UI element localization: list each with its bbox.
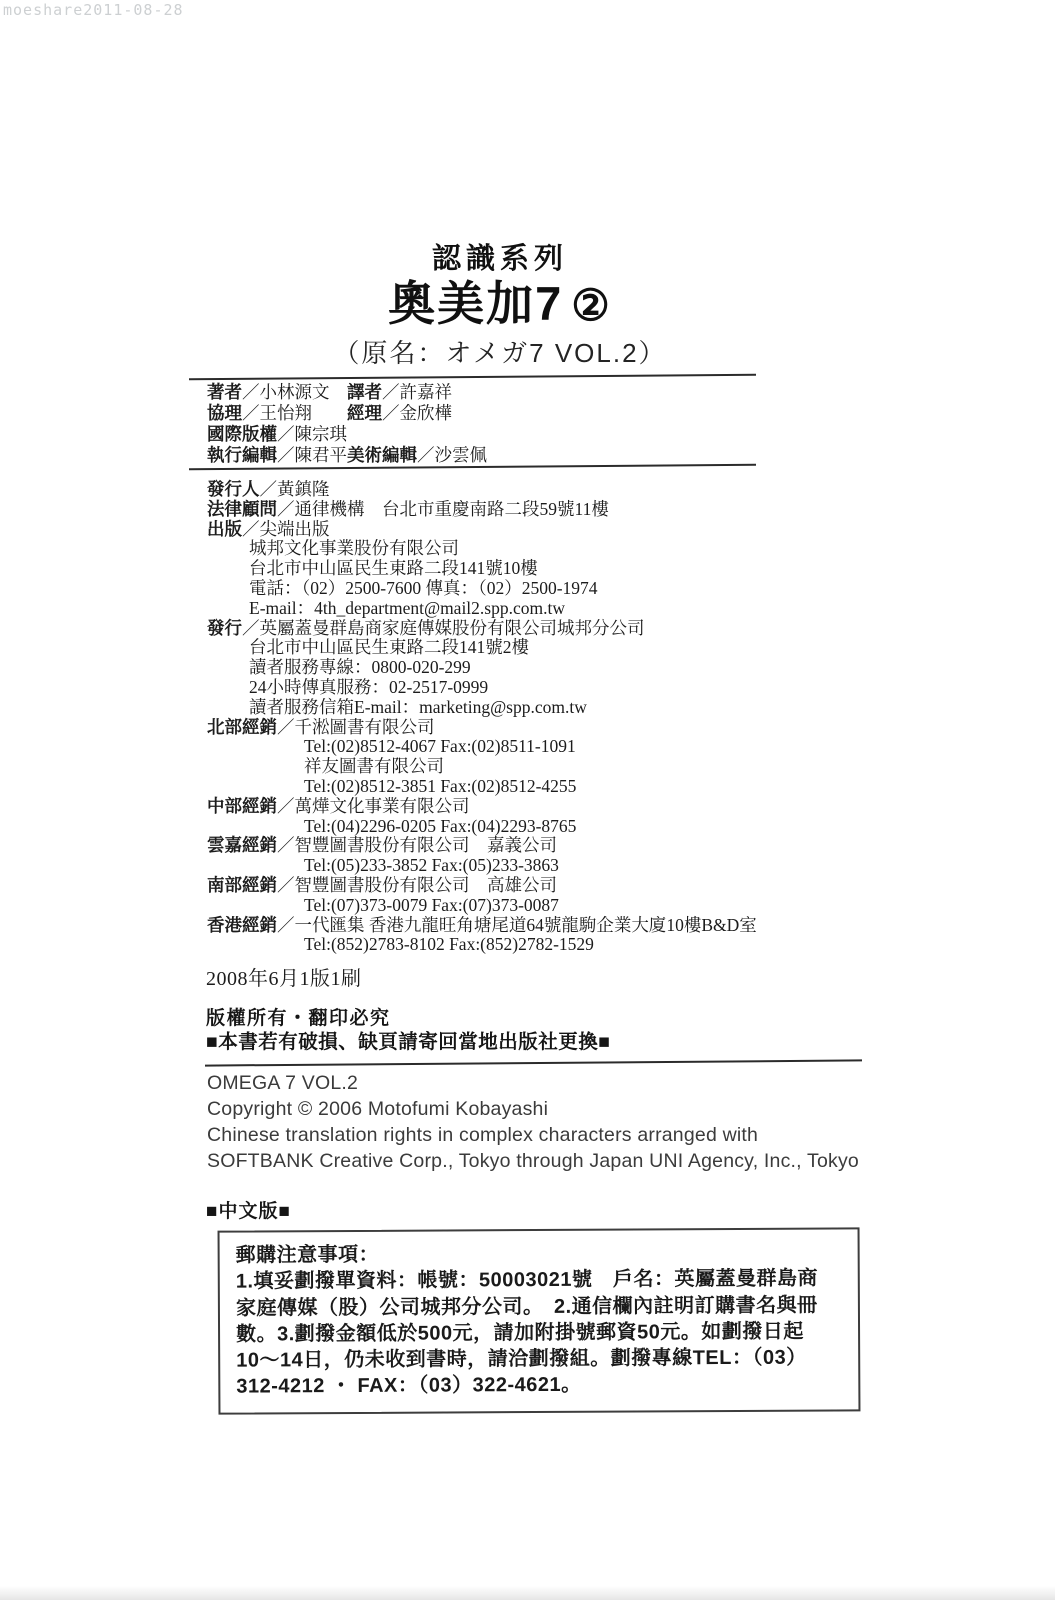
publishing-text: 24小時傳真服務：02-2517-0999 [249, 677, 488, 697]
publishing-line: 城邦文化事業股份有限公司 [207, 539, 757, 559]
mail-order-line: 數。3.劃撥金額低於500元，請加附掛號郵資50元。如劃撥日起 [236, 1318, 844, 1347]
publishing-text: 通律機構 台北市重慶南路二段59號11樓 [295, 499, 609, 519]
english-rights-line1: Chinese translation rights in complex ch… [207, 1123, 859, 1149]
slash-separator: ／ [277, 915, 295, 935]
original-title: （原名：オメガ7 VOL.2） [0, 333, 1000, 370]
publishing-text: Tel:(05)233-3852 Fax:(05)233-3863 [304, 855, 559, 875]
publishing-label: 出版 [207, 519, 242, 539]
publishing-label: 雲嘉經銷 [207, 835, 277, 855]
volume-badge: ② [571, 282, 612, 330]
publishing-line: 台北市中山區民生東路二段141號10樓 [207, 559, 757, 579]
credit-value: 陳君平 [295, 445, 348, 465]
publishing-line: 南部經銷／智豐圖書股份有限公司 高雄公司 [207, 876, 757, 896]
publishing-line: 香港經銷／一代匯集 香港九龍旺角塘尾道64號龍駒企業大廈10樓B&D室 [207, 916, 757, 936]
publishing-line: 祥友圖書有限公司 [207, 757, 757, 777]
credit-label: 譯者 [347, 382, 382, 402]
credit-label: 美術編輯 [347, 445, 417, 465]
publishing-line: 發行人／黃鎮隆 [207, 480, 757, 500]
publishing-text: E-mail：4th_department@mail2.spp.com.tw [249, 598, 565, 618]
credits-row: 協理／王怡翔 經理／金欣樺 [207, 403, 487, 424]
publishing-label: 南部經銷 [207, 875, 277, 895]
slash-separator: ／ [277, 875, 295, 895]
credit-international-rights: 國際版權／陳宗琪 [207, 424, 347, 445]
print-date: 2008年6月1版1刷 [206, 962, 362, 991]
publishing-text: 讀者服務專線：0800-020-299 [249, 657, 471, 677]
publishing-text: 城邦文化事業股份有限公司 [249, 538, 459, 558]
publishing-text: 千淞圖書有限公司 [295, 717, 435, 737]
publishing-line: 讀者服務專線：0800-020-299 [207, 658, 757, 678]
credits-block: 著者／小林源文 譯者／許嘉祥 協理／王怡翔 經理／金欣樺 國際版權／陳宗琪 執行… [207, 382, 487, 466]
replacement-notice: ■本書若有破損、缺頁請寄回當地出版社更換■ [206, 1026, 611, 1054]
publishing-line: 法律顧問／通律機構 台北市重慶南路二段59號11樓 [207, 500, 757, 520]
publishing-line: 24小時傳真服務：02-2517-0999 [207, 678, 757, 698]
publishing-line: Tel:(02)8512-4067 Fax:(02)8511-1091 [207, 737, 757, 757]
watermark-text: moeshare2011-08-28 [3, 1, 184, 19]
publishing-text: 電話：（02）2500-7600 傳真：（02）2500-1974 [249, 578, 598, 598]
book-title-text: 奧美加7 [388, 277, 563, 330]
credit-value: 小林源文 [260, 382, 330, 402]
credit-associate: 協理／王怡翔 [207, 403, 347, 424]
credit-manager: 經理／金欣樺 [347, 403, 452, 424]
publishing-label: 中部經銷 [207, 796, 277, 816]
publishing-line: Tel:(05)233-3852 Fax:(05)233-3863 [207, 856, 757, 876]
credit-label: 執行編輯 [207, 445, 277, 465]
publishing-text: Tel:(852)2783-8102 Fax:(852)2782-1529 [304, 934, 594, 954]
publishing-line: 北部經銷／千淞圖書有限公司 [207, 718, 757, 738]
publishing-line: 讀者服務信箱E-mail：marketing@spp.com.tw [207, 698, 757, 718]
publishing-text: 台北市中山區民生東路二段141號2樓 [249, 637, 529, 657]
slash-separator: ／ [242, 618, 260, 638]
divider-top [189, 374, 756, 380]
credit-label: 經理 [347, 403, 382, 423]
mail-order-line: 312-4212 ・ FAX：（03）322-4621。 [236, 1371, 844, 1400]
publishing-text: Tel:(02)8512-3851 Fax:(02)8512-4255 [304, 776, 576, 796]
credit-value: 王怡翔 [260, 403, 313, 423]
credit-value: 許嘉祥 [400, 382, 453, 402]
publishing-text: 智豐圖書股份有限公司 高雄公司 [295, 875, 558, 895]
publishing-label: 法律顧問 [207, 499, 277, 519]
slash-separator: ／ [277, 717, 295, 737]
slash-separator: ／ [260, 479, 278, 499]
english-copyright-block: OMEGA 7 VOL.2 Copyright © 2006 Motofumi … [207, 1071, 859, 1175]
credits-row: 執行編輯／陳君平 美術編輯／沙雲佩 [207, 445, 487, 466]
english-copyright: Copyright © 2006 Motofumi Kobayashi [207, 1097, 859, 1123]
chinese-edition-mark: ■中文版■ [206, 1196, 291, 1223]
publishing-line: E-mail：4th_department@mail2.spp.com.tw [207, 599, 757, 619]
publishing-label: 北部經銷 [207, 717, 277, 737]
publishing-line: 中部經銷／萬燁文化事業有限公司 [207, 797, 757, 817]
publishing-label: 香港經銷 [207, 915, 277, 935]
mail-order-line: 10～14日，仍未收到書時，請洽劃撥組。劃撥專線TEL：（03） [236, 1345, 844, 1374]
colophon-page: moeshare2011-08-28 認識系列 奧美加7② （原名：オメガ7 V… [0, 0, 1055, 1600]
slash-separator: ／ [242, 403, 260, 423]
publishing-text: 一代匯集 香港九龍旺角塘尾道64號龍駒企業大廈10樓B&D室 [295, 915, 757, 935]
divider-english [205, 1059, 862, 1066]
slash-separator: ／ [382, 403, 400, 423]
publishing-block: 發行人／黃鎮隆 法律顧問／通律機構 台北市重慶南路二段59號11樓 出版／尖端出… [207, 480, 757, 955]
publishing-text: 萬燁文化事業有限公司 [295, 796, 470, 816]
publishing-text: 英屬蓋曼群島商家庭傳媒股份有限公司城邦分公司 [260, 618, 645, 638]
english-title: OMEGA 7 VOL.2 [207, 1071, 859, 1097]
credit-label: 國際版權 [207, 424, 277, 444]
slash-separator: ／ [382, 382, 400, 402]
slash-separator: ／ [277, 445, 295, 465]
title-block: 認識系列 奧美加7② （原名：オメガ7 VOL.2） [0, 236, 1000, 370]
publishing-label: 發行 [207, 618, 242, 638]
slash-separator: ／ [277, 796, 295, 816]
publishing-line: Tel:(02)8512-3851 Fax:(02)8512-4255 [207, 777, 757, 797]
mail-order-heading: 郵購注意事項： [236, 1239, 844, 1268]
credit-label: 協理 [207, 403, 242, 423]
publishing-line: Tel:(07)373-0079 Fax:(07)373-0087 [207, 896, 757, 916]
publishing-label: 發行人 [207, 479, 260, 499]
slash-separator: ／ [277, 499, 295, 519]
publishing-line: 雲嘉經銷／智豐圖書股份有限公司 嘉義公司 [207, 836, 757, 856]
credit-label: 著者 [207, 382, 242, 402]
credit-author: 著者／小林源文 [207, 382, 347, 403]
slash-separator: ／ [242, 519, 260, 539]
credit-value: 陳宗琪 [295, 424, 348, 444]
publishing-text: 黃鎮隆 [277, 479, 330, 499]
mail-order-box: 郵購注意事項： 1.填妥劃撥單資料：帳號：50003021號 戶名：英屬蓋曼群島… [218, 1227, 861, 1414]
credit-art-editor: 美術編輯／沙雲佩 [347, 445, 487, 466]
series-name: 認識系列 [0, 236, 1000, 277]
publishing-text: Tel:(04)2296-0205 Fax:(04)2293-8765 [304, 816, 576, 836]
credits-row: 國際版權／陳宗琪 [207, 424, 487, 445]
publishing-line: 電話：（02）2500-7600 傳真：（02）2500-1974 [207, 579, 757, 599]
publishing-text: 智豐圖書股份有限公司 嘉義公司 [295, 835, 558, 855]
publishing-text: 讀者服務信箱E-mail：marketing@spp.com.tw [249, 697, 587, 717]
slash-separator: ／ [417, 445, 435, 465]
publishing-line: 出版／尖端出版 [207, 520, 757, 540]
publishing-line: Tel:(04)2296-0205 Fax:(04)2293-8765 [207, 817, 757, 837]
english-rights-line2: SOFTBANK Creative Corp., Tokyo through J… [207, 1149, 859, 1175]
credit-value: 金欣樺 [400, 403, 453, 423]
publishing-line: 發行／英屬蓋曼群島商家庭傳媒股份有限公司城邦分公司 [207, 619, 757, 639]
credit-value: 沙雲佩 [435, 445, 488, 465]
publishing-text: 祥友圖書有限公司 [304, 756, 444, 776]
mail-order-line: 1.填妥劃撥單資料：帳號：50003021號 戶名：英屬蓋曼群島商 [236, 1266, 844, 1295]
slash-separator: ／ [242, 382, 260, 402]
publishing-text: Tel:(07)373-0079 Fax:(07)373-0087 [304, 895, 559, 915]
credit-executive-editor: 執行編輯／陳君平 [207, 445, 347, 466]
publishing-text: 尖端出版 [260, 519, 330, 539]
credit-translator: 譯者／許嘉祥 [347, 382, 452, 403]
publishing-text: 台北市中山區民生東路二段141號10樓 [249, 558, 538, 578]
publishing-line: 台北市中山區民生東路二段141號2樓 [207, 638, 757, 658]
slash-separator: ／ [277, 835, 295, 855]
slash-separator: ／ [277, 424, 295, 444]
credits-row: 著者／小林源文 譯者／許嘉祥 [207, 382, 487, 403]
publishing-line: Tel:(852)2783-8102 Fax:(852)2782-1529 [207, 935, 757, 955]
mail-order-line: 家庭傳媒（股）公司城邦分公司。 2.通信欄內註明訂購書名與冊 [236, 1292, 844, 1321]
book-title: 奧美加7② [0, 278, 1000, 330]
publishing-text: Tel:(02)8512-4067 Fax:(02)8511-1091 [304, 736, 576, 756]
